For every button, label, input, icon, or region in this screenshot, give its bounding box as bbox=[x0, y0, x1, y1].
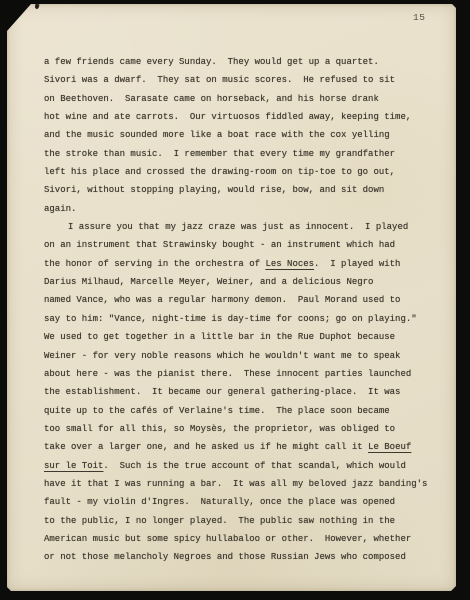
text-segment: quite up to the cafés of Verlaine's time… bbox=[44, 406, 390, 416]
text-segment: Sivori was a dwarf. They sat on music sc… bbox=[44, 75, 395, 85]
text-segment: . Such is the true account of that scand… bbox=[103, 461, 405, 471]
text-line: the honor of serving in the orchestra of… bbox=[44, 259, 444, 277]
text-segment: . I played with bbox=[314, 259, 400, 269]
text-line: Darius Milhaud, Marcelle Meyer, Weiner, … bbox=[44, 277, 444, 295]
text-line: I assure you that my jazz craze was just… bbox=[44, 222, 444, 240]
text-segment: Darius Milhaud, Marcelle Meyer, Weiner, … bbox=[44, 277, 373, 287]
text-line: on Beethoven. Sarasate came on horseback… bbox=[44, 94, 444, 112]
text-segment: American music but some spicy hullabaloo… bbox=[44, 534, 411, 544]
text-segment: the honor of serving in the orchestra of bbox=[44, 259, 265, 269]
text-segment: left his place and crossed the drawing-r… bbox=[44, 167, 395, 177]
text-line: a few friends came every Sunday. They wo… bbox=[44, 57, 444, 75]
text-line: quite up to the cafés of Verlaine's time… bbox=[44, 406, 444, 424]
text-segment: have it that I was running a bar. It was… bbox=[44, 479, 427, 489]
text-line: Weiner - for very noble reasons which he… bbox=[44, 351, 444, 369]
text-line: the establishment. It became our general… bbox=[44, 387, 444, 405]
text-line: to the public, I no longer played. The p… bbox=[44, 516, 444, 534]
text-line: named Vance, who was a regular harmony d… bbox=[44, 295, 444, 313]
text-line: have it that I was running a bar. It was… bbox=[44, 479, 444, 497]
text-line: say to him: "Vance, night-time is day-ti… bbox=[44, 314, 444, 332]
text-segment: on Beethoven. Sarasate came on horseback… bbox=[44, 94, 379, 104]
text-segment: or not those melancholy Negroes and thos… bbox=[44, 552, 406, 562]
text-segment: named Vance, who was a regular harmony d… bbox=[44, 295, 400, 305]
text-line: sur le Toit. Such is the true account of… bbox=[44, 461, 444, 479]
text-line: too small for all this, so Moysès, the p… bbox=[44, 424, 444, 442]
text-line: American music but some spicy hullabaloo… bbox=[44, 534, 444, 552]
text-segment: hot wine and ate carrots. Our virtuosos … bbox=[44, 112, 411, 122]
document-page: 15 a few friends came every Sunday. They… bbox=[7, 4, 456, 591]
text-segment: say to him: "Vance, night-time is day-ti… bbox=[44, 314, 417, 324]
text-segment: too small for all this, so Moysès, the p… bbox=[44, 424, 395, 434]
text-line: We used to get together in a little bar … bbox=[44, 332, 444, 350]
text-segment: Weiner - for very noble reasons which he… bbox=[44, 351, 400, 361]
text-line: Sivori was a dwarf. They sat on music sc… bbox=[44, 75, 444, 93]
text-line: about here - was the pianist there. Thes… bbox=[44, 369, 444, 387]
text-segment: the stroke than music. I remember that e… bbox=[44, 149, 395, 159]
text-segment: take over a larger one, and he asked us … bbox=[44, 442, 368, 452]
text-segment: Sivori, without stopping playing, would … bbox=[44, 185, 384, 195]
text-segment: and the music sounded more like a boat r… bbox=[44, 130, 390, 140]
text-line: fault - my violin d'Ingres. Naturally, o… bbox=[44, 497, 444, 515]
text-line: on an instrument that Strawinsky bought … bbox=[44, 240, 444, 258]
text-line: again. bbox=[44, 204, 444, 222]
paper-speck bbox=[35, 4, 40, 10]
text-line: and the music sounded more like a boat r… bbox=[44, 130, 444, 148]
text-line: the stroke than music. I remember that e… bbox=[44, 149, 444, 167]
photo-frame: 15 a few friends came every Sunday. They… bbox=[0, 0, 470, 600]
text-segment: the establishment. It became our general… bbox=[44, 387, 400, 397]
text-segment: fault - my violin d'Ingres. Naturally, o… bbox=[44, 497, 395, 507]
text-line: or not those melancholy Negroes and thos… bbox=[44, 552, 444, 570]
typed-text: a few friends came every Sunday. They wo… bbox=[44, 57, 444, 571]
text-segment: about here - was the pianist there. Thes… bbox=[44, 369, 411, 379]
text-line: take over a larger one, and he asked us … bbox=[44, 442, 444, 460]
underlined-text: Le Boeuf bbox=[368, 442, 411, 452]
page-number: 15 bbox=[413, 12, 425, 23]
text-segment: again. bbox=[44, 204, 76, 214]
text-line: Sivori, without stopping playing, would … bbox=[44, 185, 444, 203]
underlined-text: sur le Toit bbox=[44, 461, 103, 471]
text-segment: I assure you that my jazz craze was just… bbox=[68, 222, 408, 232]
underlined-text: Les Noces bbox=[265, 259, 314, 269]
text-segment: We used to get together in a little bar … bbox=[44, 332, 395, 342]
text-segment: on an instrument that Strawinsky bought … bbox=[44, 240, 395, 250]
text-segment: a few friends came every Sunday. They wo… bbox=[44, 57, 379, 67]
text-line: hot wine and ate carrots. Our virtuosos … bbox=[44, 112, 444, 130]
text-line: left his place and crossed the drawing-r… bbox=[44, 167, 444, 185]
text-segment: to the public, I no longer played. The p… bbox=[44, 516, 395, 526]
